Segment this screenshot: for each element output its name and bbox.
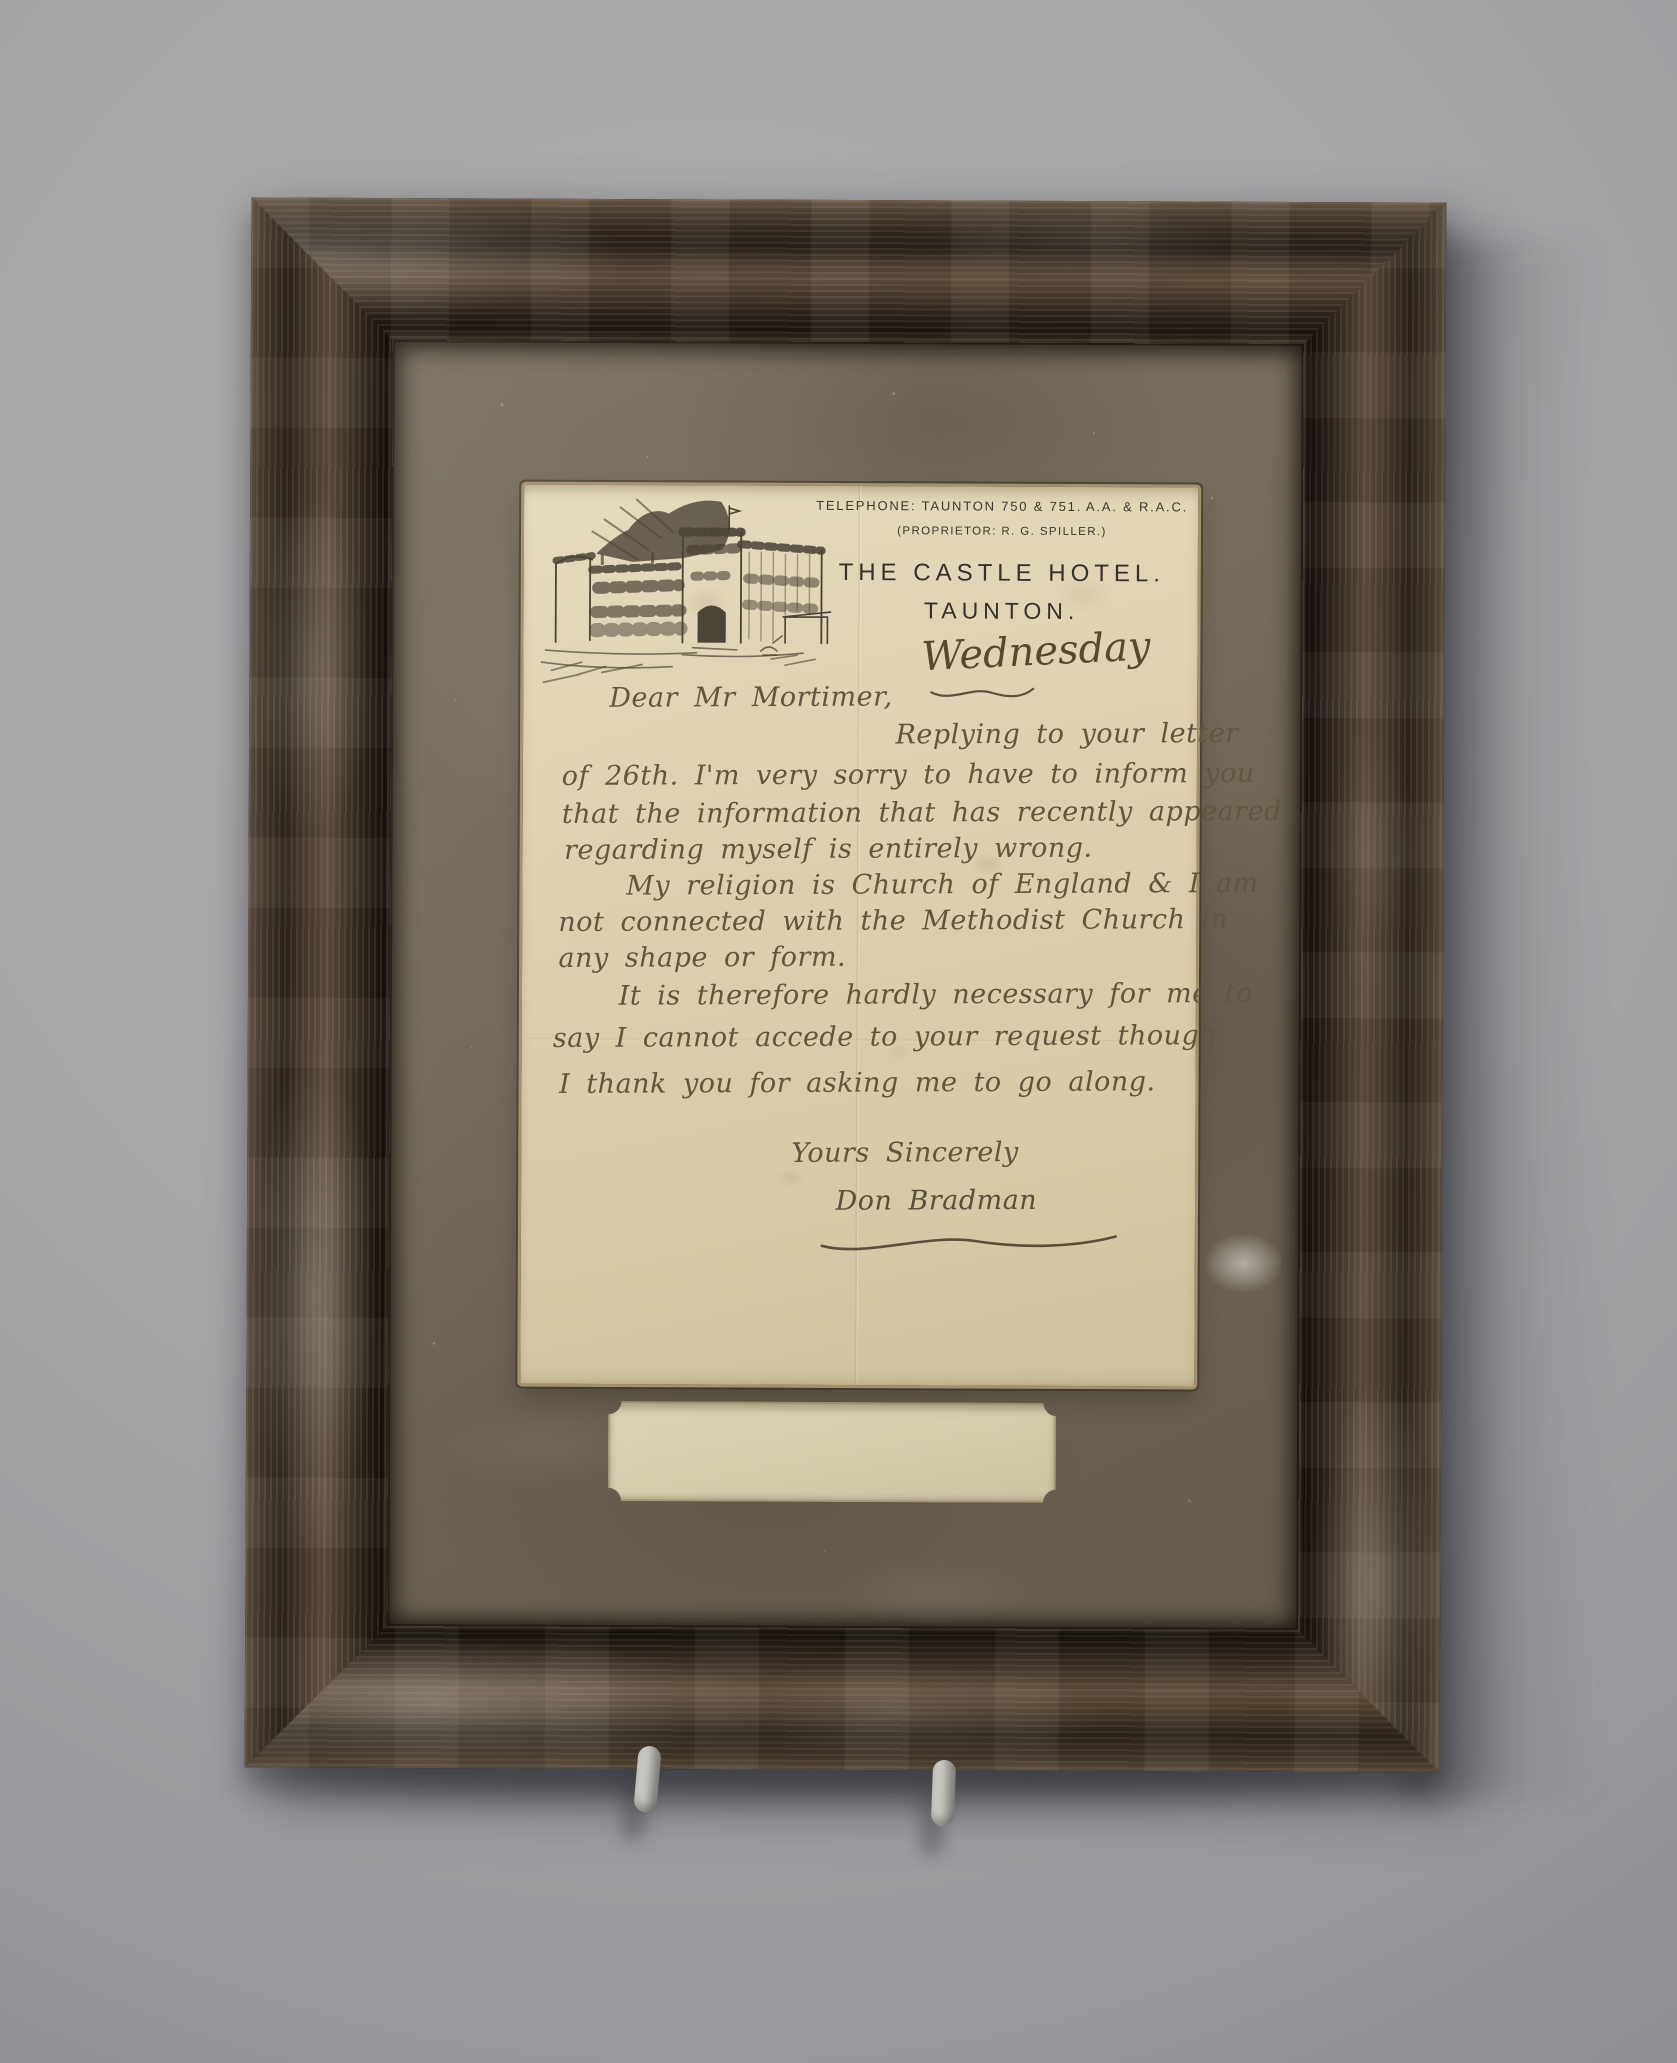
plaque-text [608, 1401, 1056, 1403]
letter-line: say I cannot accede to your request thou… [553, 1020, 1217, 1054]
mat-board: TELEPHONE: TAUNTON 750 & 751. A.A. & R.A… [387, 340, 1304, 1630]
stand-peg-left [633, 1745, 662, 1813]
letter-salutation: Dear Mr Mortimer, [609, 682, 892, 714]
letter-line: regarding myself is entirely wrong. [564, 833, 1093, 866]
signature-don-bradman: Don Bradman [835, 1185, 1037, 1217]
letter-line: that the information that has recently a… [562, 796, 1282, 830]
letter-line: My religion is Church of England & I am [626, 868, 1259, 902]
frame-edge-right [1298, 202, 1447, 1773]
letter-line: not connected with the Methodist Church … [558, 904, 1228, 938]
letter-paper: TELEPHONE: TAUNTON 750 & 751. A.A. & R.A… [520, 485, 1198, 1387]
letter-closing: Yours Sincerely [791, 1137, 1019, 1169]
photograph-of-framed-letter: TELEPHONE: TAUNTON 750 & 751. A.A. & R.A… [0, 0, 1677, 2063]
frame-edge-top [251, 197, 1447, 344]
frame-edge-bottom [245, 1625, 1441, 1772]
letter-line: It is therefore hardly necessary for me … [619, 978, 1253, 1012]
letter-line: I thank you for asking me to go along. [559, 1066, 1156, 1100]
letter-line: any shape or form. [558, 942, 846, 974]
stand-peg-right [931, 1760, 956, 1827]
signature-flourish [816, 1230, 1126, 1259]
letter-line: of 26th. I'm very sorry to have to infor… [562, 758, 1255, 792]
frame-edge-left [245, 197, 394, 1768]
picture-frame: TELEPHONE: TAUNTON 750 & 751. A.A. & R.A… [245, 197, 1447, 1772]
title-plaque [608, 1401, 1056, 1503]
letter-body: Dear Mr Mortimer, Replying to your lette… [522, 482, 1200, 1384]
letter-line: Replying to your letter [895, 718, 1238, 750]
